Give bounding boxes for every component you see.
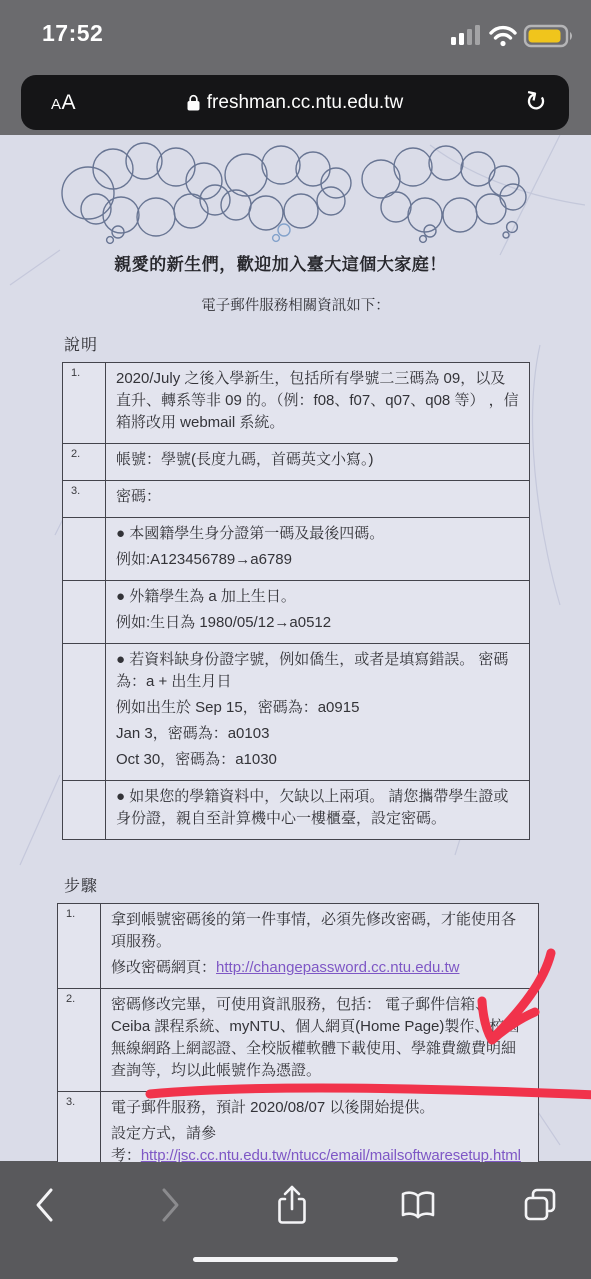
battery-fill bbox=[529, 30, 561, 43]
row-number: 3. bbox=[58, 1092, 101, 1163]
battery-icon bbox=[525, 26, 572, 46]
table-row: 3. 密碼： bbox=[63, 481, 530, 518]
share-icon bbox=[275, 1183, 309, 1227]
back-button[interactable] bbox=[23, 1183, 67, 1227]
cloud-doodle bbox=[0, 138, 591, 248]
row-text: 帳號：學號(長度九碼，首碼英文小寫。) bbox=[116, 449, 519, 471]
table-row: ● 若資料缺身份證字號，例如僑生，或者是填寫錯誤。 密碼為：a + 出生月日 例… bbox=[63, 644, 530, 781]
row-text: 考：http://jsc.cc.ntu.edu.tw/ntucc/email/m… bbox=[111, 1145, 528, 1162]
row-number: 2. bbox=[58, 989, 101, 1092]
explain-table: 1. 2020/July 之後入學新生，包括所有學號二三碼為 09，以及直升、轉… bbox=[62, 362, 530, 840]
table-row: ● 本國籍學生身分證第一碼及最後四碼。 例如:A123456789→a6789 bbox=[63, 518, 530, 581]
lock-icon bbox=[187, 94, 200, 111]
row-number: 1. bbox=[58, 904, 101, 989]
tabs-icon bbox=[522, 1187, 558, 1223]
row-text: 密碼： bbox=[116, 486, 519, 508]
steps-table: 1. 拿到帳號密碼後的第一件事情，必須先修改密碼，才能使用各項服務。 修改密碼網… bbox=[57, 903, 539, 1162]
status-time: 17:52 bbox=[42, 20, 103, 47]
row-text: 例如:A123456789→a6789 bbox=[116, 549, 519, 571]
table-row: ● 如果您的學籍資料中，欠缺以上兩項。 請您攜帶學生證或身份證，親自至計算機中心… bbox=[63, 781, 530, 840]
row-text: ● 如果您的學籍資料中，欠缺以上兩項。 請您攜帶學生證或身份證，親自至計算機中心… bbox=[116, 786, 519, 830]
row-number bbox=[63, 781, 106, 840]
row-number bbox=[63, 518, 106, 581]
row-text: 拿到帳號密碼後的第一件事情，必須先修改密碼，才能使用各項服務。 bbox=[111, 909, 528, 953]
row-text: 例如:生日為 1980/05/12→a0512 bbox=[116, 612, 519, 634]
tabs-button[interactable] bbox=[518, 1183, 562, 1227]
status-bar: 17:52 bbox=[0, 0, 591, 60]
url-bar: AA freshman.cc.ntu.edu.tw ↻ bbox=[0, 60, 591, 135]
row-text: 修改密碼網頁：http://changepassword.cc.ntu.edu.… bbox=[111, 957, 528, 979]
row-text: ● 外籍學生為 a 加上生日。 bbox=[116, 586, 519, 608]
bookmarks-button[interactable] bbox=[396, 1183, 440, 1227]
address-field[interactable]: AA freshman.cc.ntu.edu.tw ↻ bbox=[21, 75, 569, 130]
table-row: ● 外籍學生為 a 加上生日。 例如:生日為 1980/05/12→a0512 bbox=[63, 581, 530, 644]
row-text: 電子郵件服務，預計 2020/08/07 以後開始提供。 bbox=[111, 1097, 528, 1119]
wifi-icon bbox=[491, 28, 515, 47]
page-content: 親愛的新生們，歡迎加入臺大這個大家庭！ 電子郵件服務相關資訊如下： 說明 1. … bbox=[0, 135, 591, 1162]
page-subtitle: 電子郵件服務相關資訊如下： bbox=[0, 294, 591, 315]
row-text: Jan 3，密碼為：a0103 bbox=[116, 723, 519, 745]
row-number: 3. bbox=[63, 481, 106, 518]
table-row: 2. 密碼修改完畢，可使用資訊服務，包括： 電子郵件信箱、Ceiba 課程系統、… bbox=[58, 989, 539, 1092]
row-text: ● 本國籍學生身分證第一碼及最後四碼。 bbox=[116, 523, 519, 545]
home-indicator[interactable] bbox=[193, 1257, 398, 1262]
table-row: 1. 2020/July 之後入學新生，包括所有學號二三碼為 09，以及直升、轉… bbox=[63, 363, 530, 444]
status-icons bbox=[449, 22, 579, 48]
chevron-left-icon bbox=[32, 1185, 58, 1225]
share-button[interactable] bbox=[270, 1183, 314, 1227]
table-row: 3. 電子郵件服務，預計 2020/08/07 以後開始提供。 設定方式，請參 … bbox=[58, 1092, 539, 1163]
bottom-toolbar bbox=[0, 1161, 591, 1279]
iphone-safari-screen: 17:52 AA bbox=[0, 0, 591, 1279]
cellular-signal-icon bbox=[451, 25, 480, 45]
row-number: 1. bbox=[63, 363, 106, 444]
section-heading-steps: 步驟 bbox=[64, 873, 591, 896]
forward-button[interactable] bbox=[148, 1183, 192, 1227]
reader-text-size-button[interactable]: AA bbox=[51, 91, 76, 115]
row-number: 2. bbox=[63, 444, 106, 481]
change-password-link[interactable]: http://changepassword.cc.ntu.edu.tw bbox=[216, 959, 459, 976]
row-text: 例如出生於 Sep 15，密碼為：a0915 bbox=[116, 697, 519, 719]
row-number bbox=[63, 644, 106, 781]
row-text: Oct 30，密碼為：a1030 bbox=[116, 749, 519, 771]
chevron-right-icon bbox=[157, 1185, 183, 1225]
mail-setup-link[interactable]: http://jsc.cc.ntu.edu.tw/ntucc/email/mai… bbox=[141, 1147, 521, 1162]
row-text: ● 若資料缺身份證字號，例如僑生，或者是填寫錯誤。 密碼為：a + 出生月日 bbox=[116, 649, 519, 693]
table-row: 2. 帳號：學號(長度九碼，首碼英文小寫。) bbox=[63, 444, 530, 481]
row-text: 設定方式，請參 bbox=[111, 1123, 528, 1145]
reload-icon[interactable]: ↻ bbox=[522, 87, 550, 118]
url-text: freshman.cc.ntu.edu.tw bbox=[207, 92, 403, 114]
book-icon bbox=[399, 1189, 437, 1221]
section-heading-explain: 說明 bbox=[64, 332, 591, 355]
row-text: 2020/July 之後入學新生，包括所有學號二三碼為 09，以及直升、轉系等非… bbox=[116, 368, 519, 434]
row-text: 密碼修改完畢，可使用資訊服務，包括： 電子郵件信箱、Ceiba 課程系統、myN… bbox=[111, 994, 528, 1082]
row-number bbox=[63, 581, 106, 644]
page-title: 親愛的新生們，歡迎加入臺大這個大家庭！ bbox=[0, 250, 561, 275]
table-row: 1. 拿到帳號密碼後的第一件事情，必須先修改密碼，才能使用各項服務。 修改密碼網… bbox=[58, 904, 539, 989]
